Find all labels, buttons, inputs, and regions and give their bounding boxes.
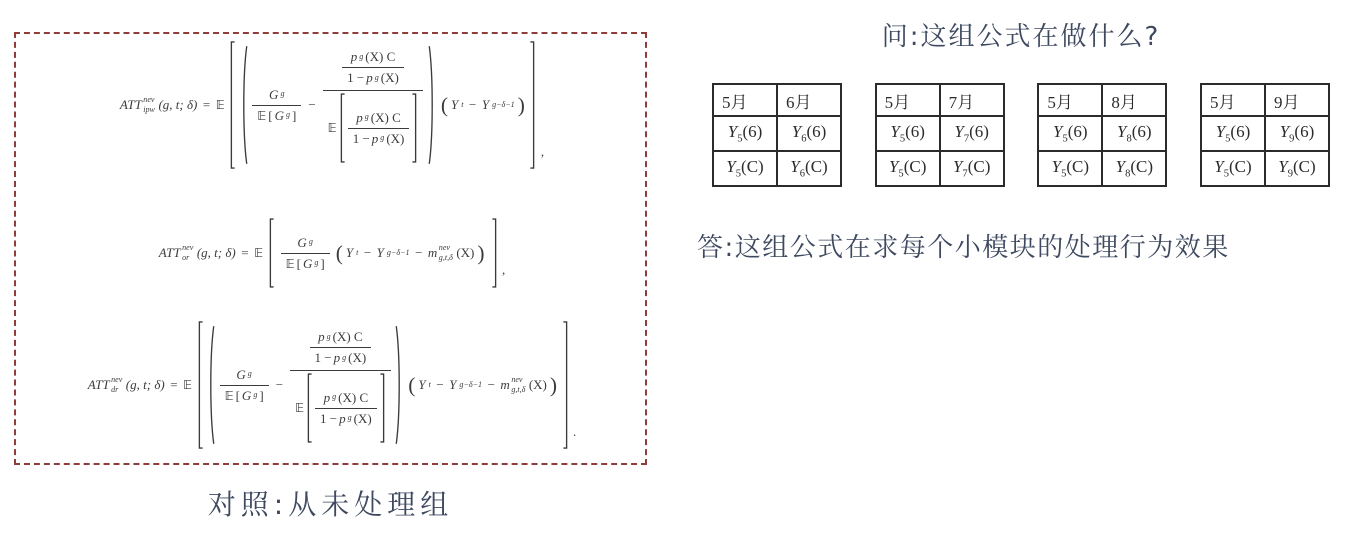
formula-att-or: ATTnevor(g, t; δ) = 𝔼 Gg 𝔼[Gg] ( Yt − Yg… bbox=[14, 218, 647, 288]
paren-left-icon bbox=[208, 325, 215, 445]
trailing-comma: , bbox=[502, 262, 505, 278]
supsub-stack: nevdr bbox=[111, 375, 122, 394]
math-token: (X) bbox=[381, 70, 399, 86]
math-sub: t bbox=[356, 249, 358, 257]
fraction-propensity: pg(X) C 1 −pg(X) bbox=[315, 388, 377, 429]
table-cell: Y5(C) bbox=[876, 151, 940, 186]
table-cell: Y7(C) bbox=[940, 151, 1004, 186]
math-token: (C) bbox=[741, 157, 764, 176]
equals-sign: = bbox=[241, 245, 248, 261]
math-token: (X) bbox=[386, 131, 404, 147]
math-token: 1 − bbox=[353, 131, 370, 147]
math-token: (C) bbox=[1066, 157, 1089, 176]
bracket-right-icon bbox=[491, 218, 498, 288]
math-var: Y bbox=[482, 97, 489, 113]
weight-difference-group: Gg 𝔼[Gg] − pg(X) C 1 −pg(X) 𝔼 bbox=[239, 40, 436, 170]
table-header: 7月 bbox=[940, 84, 1004, 116]
expectation-symbol: 𝔼 bbox=[216, 98, 225, 112]
math-var: p bbox=[334, 350, 341, 366]
math-token: (C) bbox=[805, 157, 828, 176]
minus-sign: − bbox=[436, 377, 443, 393]
table-cell: Y5(C) bbox=[1038, 151, 1102, 186]
table-cell: Y5(6) bbox=[876, 116, 940, 151]
expectation-symbol: 𝔼 bbox=[328, 121, 337, 135]
math-var: Y bbox=[1117, 122, 1126, 141]
supsub-stack: nevor bbox=[182, 243, 193, 262]
math-token: (6) bbox=[742, 122, 762, 141]
math-var: G bbox=[275, 108, 284, 124]
paren-right-icon bbox=[395, 325, 402, 445]
math-sub: g bbox=[280, 90, 284, 98]
math-sub: g bbox=[342, 354, 346, 362]
math-var: G bbox=[303, 256, 312, 272]
math-var: Y bbox=[346, 245, 353, 261]
table-cell: Y8(C) bbox=[1102, 151, 1166, 186]
math-var: p bbox=[339, 411, 346, 427]
math-var: ATT bbox=[88, 377, 110, 393]
math-sub: g bbox=[327, 333, 331, 341]
math-sub: g bbox=[359, 53, 363, 61]
fraction-propensity: pg(X) C 1 −pg(X) bbox=[310, 327, 372, 368]
math-row: ATTnevor(g, t; δ) = 𝔼 Gg 𝔼[Gg] ( Yt − Yg… bbox=[156, 218, 506, 288]
supsub-stack: nevipw bbox=[143, 95, 155, 114]
expectation-symbol: 𝔼 bbox=[295, 401, 304, 415]
math-token: (X) bbox=[348, 350, 366, 366]
math-var: p bbox=[372, 131, 379, 147]
math-sub: g bbox=[314, 259, 318, 267]
math-sub: g bbox=[375, 74, 379, 82]
minus-sign: − bbox=[308, 97, 315, 113]
math-sub: g bbox=[253, 391, 257, 399]
table-header: 8月 bbox=[1102, 84, 1166, 116]
paren-right: ) bbox=[550, 376, 557, 394]
math-token: (C) bbox=[968, 157, 991, 176]
math-args: (g, t; δ) bbox=[158, 97, 197, 113]
math-var: Y bbox=[1053, 122, 1062, 141]
math-token: (6) bbox=[1230, 122, 1250, 141]
math-var: G bbox=[242, 388, 251, 404]
math-var: ATT bbox=[120, 97, 142, 113]
table-cell: Y7(6) bbox=[940, 116, 1004, 151]
math-var: Y bbox=[1216, 122, 1225, 141]
table-cell: Y5(6) bbox=[1038, 116, 1102, 151]
expectation-symbol: 𝔼 bbox=[225, 389, 234, 403]
math-args: (g, t; δ) bbox=[126, 377, 165, 393]
formula-lhs: ATTnevipw(g, t; δ) = 𝔼 bbox=[118, 95, 226, 114]
math-row: ATTnevdr(g, t; δ) = 𝔼 Gg 𝔼[Gg] − pg(X) C… bbox=[85, 320, 577, 450]
comparison-table-may-sep: 5月 9月 Y5(6) Y9(6) Y5(C) Y9(C) bbox=[1200, 83, 1330, 187]
expectation-symbol: 𝔼 bbox=[183, 378, 192, 392]
math-sub: g bbox=[348, 414, 352, 422]
question-text: 问:这组公式在做什么? bbox=[712, 16, 1330, 53]
math-var: Y bbox=[1214, 157, 1223, 176]
math-var: p bbox=[356, 110, 363, 126]
math-token: (X) C bbox=[338, 390, 368, 406]
math-token: (X) bbox=[529, 377, 547, 393]
math-token: (C) bbox=[904, 157, 927, 176]
math-sub: g bbox=[309, 238, 313, 246]
table-cell: Y5(6) bbox=[713, 116, 777, 151]
math-token: (6) bbox=[905, 122, 925, 141]
table-cell: Y9(6) bbox=[1265, 116, 1329, 151]
answer-text: 答:这组公式在求每个小模块的处理行为效果 bbox=[697, 227, 1230, 264]
trailing-comma: , bbox=[541, 144, 544, 160]
math-token: (C) bbox=[1229, 157, 1252, 176]
outcome-difference: ( Yt − Yg−δ−1 ) bbox=[439, 96, 526, 114]
comparison-table-may-aug: 5月 8月 Y5(6) Y8(6) Y5(C) Y8(C) bbox=[1037, 83, 1167, 187]
math-var: Y bbox=[790, 157, 799, 176]
bracket: ] bbox=[259, 388, 263, 404]
comparison-table-may-jun: 5月 6月 Y5(6) Y6(6) Y5(C) Y6(C) bbox=[712, 83, 842, 187]
math-var: G bbox=[236, 367, 245, 383]
math-sub: ipw bbox=[143, 105, 155, 115]
math-token: 1 − bbox=[320, 411, 337, 427]
math-var: Y bbox=[1280, 122, 1289, 141]
math-var: p bbox=[318, 329, 325, 345]
bracket-right-icon bbox=[411, 93, 418, 163]
math-sub: g bbox=[286, 111, 290, 119]
formula-lhs: ATTnevor(g, t; δ) = 𝔼 bbox=[157, 243, 264, 262]
outcome-difference: ( Yt − Yg−δ−1 − mnevg,t,δ(X) ) bbox=[334, 243, 486, 262]
math-sub: g,t,δ bbox=[511, 385, 525, 395]
math-sub: t bbox=[461, 101, 463, 109]
fraction-group-share: Gg 𝔼[Gg] bbox=[281, 233, 330, 274]
paren-left: ( bbox=[408, 376, 415, 394]
math-token: (6) bbox=[806, 122, 826, 141]
math-args: (g, t; δ) bbox=[197, 245, 236, 261]
table-header: 5月 bbox=[1038, 84, 1102, 116]
math-sub: g−δ−1 bbox=[387, 249, 410, 257]
math-var: Y bbox=[1052, 157, 1061, 176]
math-var: Y bbox=[889, 157, 898, 176]
math-row: ATTnevipw(g, t; δ) = 𝔼 Gg 𝔼[Gg] − pg(X) … bbox=[117, 40, 544, 170]
paren-left-icon bbox=[241, 45, 248, 165]
math-var: Y bbox=[726, 157, 735, 176]
minus-sign: − bbox=[364, 245, 371, 261]
bracket-right-icon bbox=[562, 320, 569, 450]
math-var: Y bbox=[449, 377, 456, 393]
math-sub: g bbox=[248, 370, 252, 378]
math-var: m bbox=[428, 245, 437, 261]
fraction-propensity: pg(X) C 1 −pg(X) bbox=[342, 47, 404, 88]
control-group-caption: 对照:从未处理组 bbox=[14, 483, 647, 523]
math-var: G bbox=[297, 235, 306, 251]
math-var: Y bbox=[451, 97, 458, 113]
math-token: (6) bbox=[1068, 122, 1088, 141]
table-header: 5月 bbox=[1201, 84, 1265, 116]
table-cell: Y6(C) bbox=[777, 151, 841, 186]
equals-sign: = bbox=[203, 97, 210, 113]
math-var: p bbox=[351, 49, 358, 65]
expectation-symbol: 𝔼 bbox=[257, 109, 266, 123]
math-sub: g−δ−1 bbox=[492, 101, 515, 109]
math-token: 1 − bbox=[315, 350, 332, 366]
fraction-group-share: Gg 𝔼[Gg] bbox=[220, 365, 269, 406]
math-var: G bbox=[269, 87, 278, 103]
math-token: (6) bbox=[969, 122, 989, 141]
weight-difference-group: Gg 𝔼[Gg] − pg(X) C 1 −pg(X) 𝔼 bbox=[207, 320, 404, 450]
minus-sign: − bbox=[276, 377, 283, 393]
table-header: 6月 bbox=[777, 84, 841, 116]
fraction-propensity: pg(X) C 1 −pg(X) bbox=[348, 108, 410, 149]
math-sub: g bbox=[332, 393, 336, 401]
bracket-left-icon bbox=[268, 218, 275, 288]
math-sup: nev bbox=[111, 375, 122, 385]
table-cell: Y5(C) bbox=[1201, 151, 1265, 186]
bracket: [ bbox=[297, 256, 301, 272]
math-var: Y bbox=[728, 122, 737, 141]
math-token: (6) bbox=[1294, 122, 1314, 141]
fraction-group-share: Gg 𝔼[Gg] bbox=[252, 85, 301, 126]
formula-att-ipw: ATTnevipw(g, t; δ) = 𝔼 Gg 𝔼[Gg] − pg(X) … bbox=[14, 40, 647, 170]
math-sub: t bbox=[429, 381, 431, 389]
slide-canvas: ATTnevipw(g, t; δ) = 𝔼 Gg 𝔼[Gg] − pg(X) … bbox=[0, 0, 1347, 542]
math-token: 1 − bbox=[347, 70, 364, 86]
math-sup: nev bbox=[182, 243, 193, 253]
math-token: (C) bbox=[1130, 157, 1153, 176]
bracket-left-icon bbox=[339, 93, 346, 163]
table-cell: Y5(C) bbox=[713, 151, 777, 186]
bracket-right-icon bbox=[379, 373, 386, 443]
table-cell: Y6(6) bbox=[777, 116, 841, 151]
math-var: Y bbox=[953, 157, 962, 176]
bracket-left-icon bbox=[229, 40, 236, 170]
math-var: Y bbox=[890, 122, 899, 141]
math-var: Y bbox=[1116, 157, 1125, 176]
math-token: (X) C bbox=[333, 329, 363, 345]
equals-sign: = bbox=[170, 377, 177, 393]
formula-att-dr: ATTnevdr(g, t; δ) = 𝔼 Gg 𝔼[Gg] − pg(X) C… bbox=[14, 320, 647, 450]
bracket-left-icon bbox=[197, 320, 204, 450]
supsub-stack: nevg,t,δ bbox=[439, 243, 453, 262]
math-token: (X) bbox=[456, 245, 474, 261]
paren-right: ) bbox=[518, 96, 525, 114]
bracket: ] bbox=[292, 108, 296, 124]
math-var: Y bbox=[954, 122, 963, 141]
table-cell: Y9(C) bbox=[1265, 151, 1329, 186]
supsub-stack: nevg,t,δ bbox=[511, 375, 525, 394]
paren-right-icon bbox=[428, 45, 435, 165]
math-var: p bbox=[324, 390, 331, 406]
table-cell: Y5(6) bbox=[1201, 116, 1265, 151]
bracket: [ bbox=[268, 108, 272, 124]
expectation-symbol: 𝔼 bbox=[254, 246, 263, 260]
math-var: Y bbox=[1278, 157, 1287, 176]
table-header: 9月 bbox=[1265, 84, 1329, 116]
math-token: (C) bbox=[1293, 157, 1316, 176]
math-var: Y bbox=[418, 377, 425, 393]
math-sub: g bbox=[365, 113, 369, 121]
trailing-period: . bbox=[573, 424, 576, 440]
fraction-ipw-weight: pg(X) C 1 −pg(X) 𝔼 pg(X) C 1 −pg(X) bbox=[290, 325, 391, 445]
math-token: (X) C bbox=[371, 110, 401, 126]
math-var: Y bbox=[792, 122, 801, 141]
table-header: 5月 bbox=[713, 84, 777, 116]
minus-sign: − bbox=[469, 97, 476, 113]
math-var: m bbox=[500, 377, 509, 393]
table-header: 5月 bbox=[876, 84, 940, 116]
bracket: [ bbox=[236, 388, 240, 404]
math-token: (X) bbox=[354, 411, 372, 427]
paren-left: ( bbox=[441, 96, 448, 114]
minus-sign: − bbox=[415, 245, 422, 261]
formula-lhs: ATTnevdr(g, t; δ) = 𝔼 bbox=[86, 375, 193, 394]
math-sub: dr bbox=[111, 385, 118, 395]
math-token: (6) bbox=[1132, 122, 1152, 141]
math-var: ATT bbox=[159, 245, 181, 261]
math-sub: g,t,δ bbox=[439, 253, 453, 263]
table-cell: Y8(6) bbox=[1102, 116, 1166, 151]
math-sup: nev bbox=[511, 375, 522, 385]
math-token: (X) C bbox=[365, 49, 395, 65]
math-sub: g−δ−1 bbox=[459, 381, 482, 389]
fraction-ipw-weight: pg(X) C 1 −pg(X) 𝔼 pg(X) C 1 −pg(X) bbox=[323, 45, 424, 165]
bracket-right-icon bbox=[529, 40, 536, 170]
math-sub: or bbox=[182, 253, 189, 263]
math-sub: g bbox=[380, 134, 384, 142]
comparison-tables-row: 5月 6月 Y5(6) Y6(6) Y5(C) Y6(C) 5月 7月 Y5(6… bbox=[712, 83, 1330, 187]
minus-sign: − bbox=[488, 377, 495, 393]
math-var: p bbox=[366, 70, 373, 86]
expectation-symbol: 𝔼 bbox=[286, 257, 295, 271]
math-sup: nev bbox=[143, 95, 154, 105]
paren-right: ) bbox=[477, 244, 484, 262]
paren-left: ( bbox=[336, 244, 343, 262]
bracket: ] bbox=[320, 256, 324, 272]
math-sup: nev bbox=[439, 243, 450, 253]
math-var: Y bbox=[377, 245, 384, 261]
comparison-table-may-jul: 5月 7月 Y5(6) Y7(6) Y5(C) Y7(C) bbox=[875, 83, 1005, 187]
bracket-left-icon bbox=[306, 373, 313, 443]
outcome-difference: ( Yt − Yg−δ−1 − mnevg,t,δ(X) ) bbox=[407, 375, 559, 394]
or-estimator-group: Gg 𝔼[Gg] ( Yt − Yg−δ−1 − mnevg,t,δ(X) ) bbox=[278, 229, 488, 278]
